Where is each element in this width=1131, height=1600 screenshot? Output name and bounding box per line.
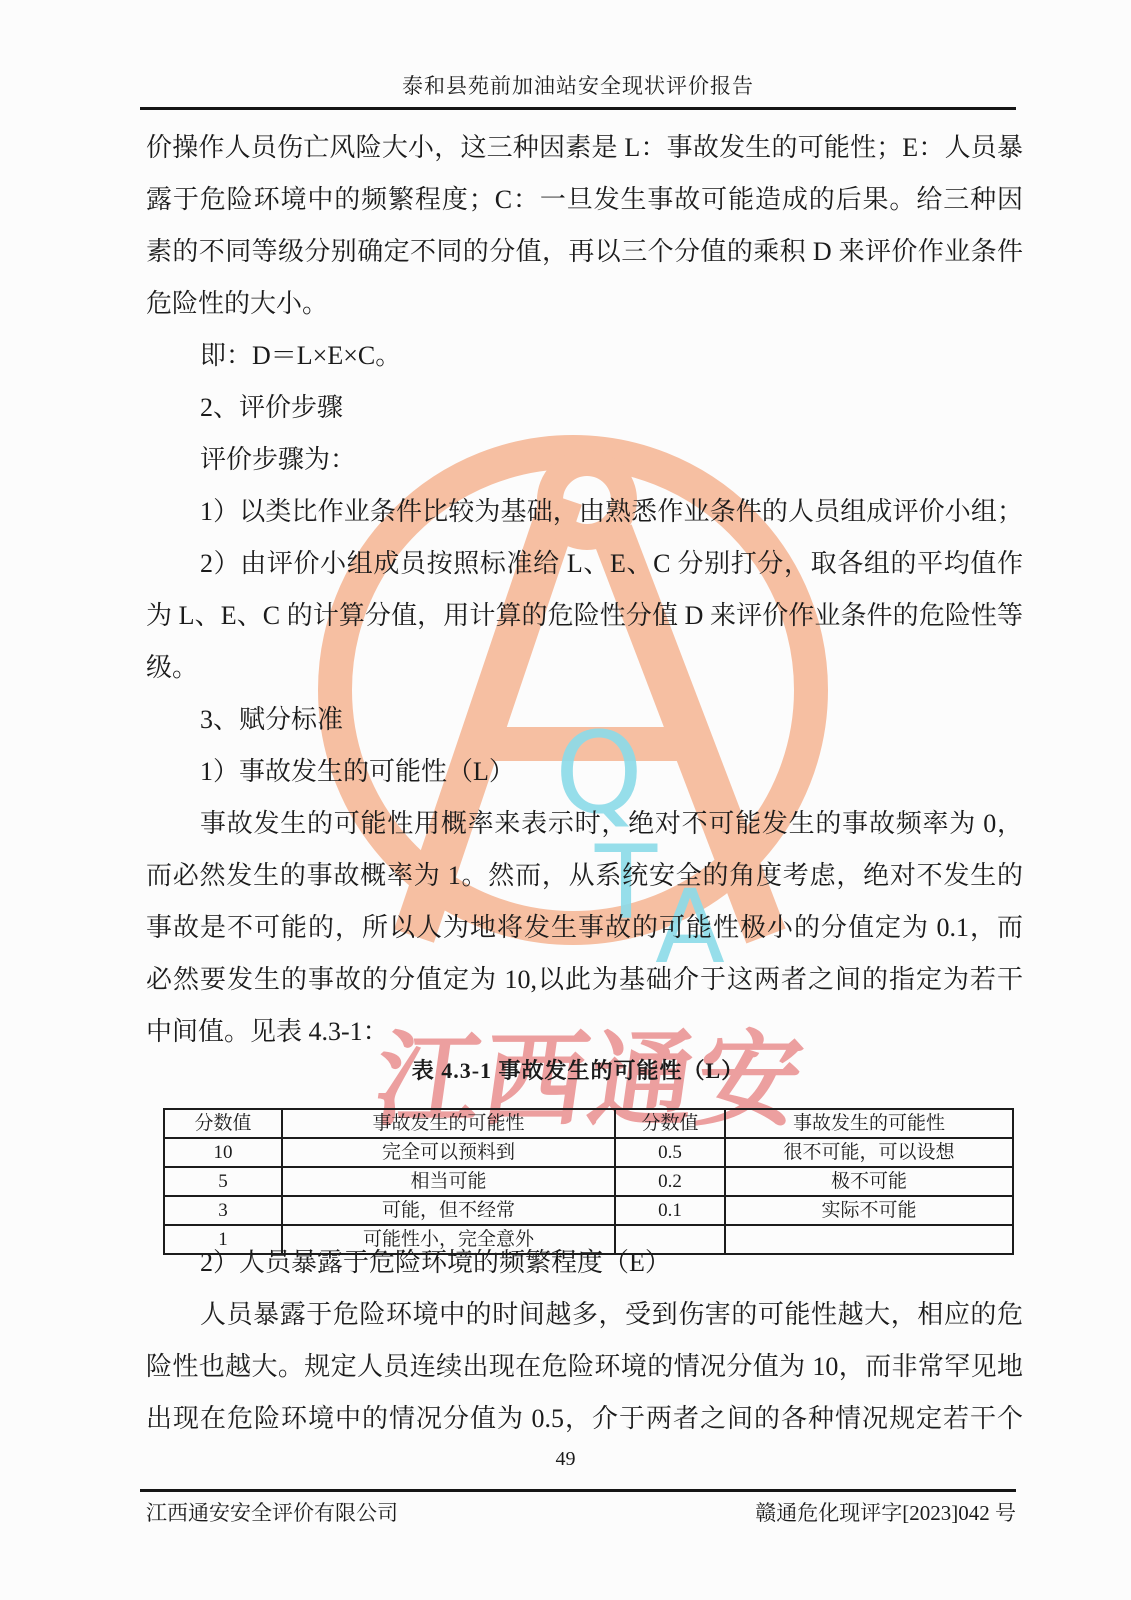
body-line-heading: 2）人员暴露于危险环境的频繁程度（E）: [146, 1237, 1023, 1289]
footer-rule: [140, 1489, 1016, 1492]
table-row: 10 完全可以预料到 0.5 很不可能，可以设想: [164, 1138, 1013, 1167]
table-cell: 3: [164, 1196, 282, 1225]
table-title: 表 4.3-1 事故发生的可能性（L）: [140, 1054, 1016, 1085]
table-cell: 5: [164, 1167, 282, 1196]
body-line: 事故发生的可能性用概率来表示时，绝对不可能发生的事故频率为 0，: [146, 798, 1023, 850]
page-header-title: 泰和县苑前加油站安全现状评价报告: [140, 70, 1016, 100]
body-line-heading: 2、评价步骤: [146, 382, 1023, 434]
table-cell: 完全可以预料到: [282, 1138, 615, 1167]
body-line: 出现在危险环境中的情况分值为 0.5，介于两者之间的各种情况规定若干个: [146, 1393, 1023, 1445]
body-line: 为 L、E、C 的计算分值，用计算的危险性分值 D 来评价作业条件的危险性等: [146, 590, 1023, 642]
body-line: 评价步骤为：: [146, 434, 1023, 486]
table-header-cell: 事故发生的可能性: [282, 1109, 615, 1138]
table-row: 3 可能，但不经常 0.1 实际不可能: [164, 1196, 1013, 1225]
body-line-heading: 3、赋分标准: [146, 694, 1023, 746]
page-number: 49: [0, 1448, 1131, 1471]
body-line: 险性也越大。规定人员连续出现在危险环境的情况分值为 10，而非常罕见地: [146, 1341, 1023, 1393]
table-cell: 实际不可能: [725, 1196, 1013, 1225]
body-text-block: 2）人员暴露于危险环境的频繁程度（E） 人员暴露于危险环境中的时间越多，受到伤害…: [146, 1237, 1023, 1445]
body-line: 人员暴露于危险环境中的时间越多，受到伤害的可能性越大，相应的危: [146, 1289, 1023, 1341]
body-line: 素的不同等级分别确定不同的分值，再以三个分值的乘积 D 来评价作业条件: [146, 226, 1023, 278]
table-header-cell: 事故发生的可能性: [725, 1109, 1013, 1138]
body-line: 中间值。见表 4.3-1：: [146, 1006, 1023, 1058]
footer-company-name: 江西通安安全评价有限公司: [146, 1497, 398, 1527]
table-header-row: 分数值 事故发生的可能性 分数值 事故发生的可能性: [164, 1109, 1013, 1138]
body-line: 级。: [146, 642, 1023, 694]
document-page: Q T A 江西通安 泰和县苑前加油站安全现状评价报告 价操作人员伤亡风险大小，…: [0, 0, 1131, 1600]
body-line-heading: 1）事故发生的可能性（L）: [146, 746, 1023, 798]
body-line: 危险性的大小。: [146, 278, 1023, 330]
table-cell: 可能，但不经常: [282, 1196, 615, 1225]
body-text-block: 价操作人员伤亡风险大小，这三种因素是 L：事故发生的可能性；E：人员暴 露于危险…: [146, 122, 1023, 1058]
body-line: 1）以类比作业条件比较为基础，由熟悉作业条件的人员组成评价小组；: [146, 486, 1023, 538]
table-cell: 相当可能: [282, 1167, 615, 1196]
body-line: 事故是不可能的，所以人为地将发生事故的可能性极小的分值定为 0.1，而: [146, 902, 1023, 954]
table-row: 5 相当可能 0.2 极不可能: [164, 1167, 1013, 1196]
table-cell: 很不可能，可以设想: [725, 1138, 1013, 1167]
table-cell: 0.5: [615, 1138, 725, 1167]
table-cell: 极不可能: [725, 1167, 1013, 1196]
body-line-formula: 即：D＝L×E×C。: [146, 330, 1023, 382]
footer-row: 江西通安安全评价有限公司 赣通危化现评字[2023]042 号: [146, 1497, 1016, 1527]
table-cell: 10: [164, 1138, 282, 1167]
body-line: 价操作人员伤亡风险大小，这三种因素是 L：事故发生的可能性；E：人员暴: [146, 122, 1023, 174]
table-header-cell: 分数值: [164, 1109, 282, 1138]
body-line: 2）由评价小组成员按照标准给 L、E、C 分别打分，取各组的平均值作: [146, 538, 1023, 590]
body-line: 露于危险环境中的频繁程度；C：一旦发生事故可能造成的后果。给三种因: [146, 174, 1023, 226]
table-header-cell: 分数值: [615, 1109, 725, 1138]
content-layer: 泰和县苑前加油站安全现状评价报告 价操作人员伤亡风险大小，这三种因素是 L：事故…: [0, 0, 1131, 1600]
body-line: 必然要发生的事故的分值定为 10,以此为基础介于这两者之间的指定为若干: [146, 954, 1023, 1006]
body-line: 而必然发生的事故概率为 1。然而，从系统安全的角度考虑，绝对不发生的: [146, 850, 1023, 902]
table-cell: 0.2: [615, 1167, 725, 1196]
footer-document-number: 赣通危化现评字[2023]042 号: [755, 1497, 1016, 1527]
table-cell: 0.1: [615, 1196, 725, 1225]
probability-score-table: 分数值 事故发生的可能性 分数值 事故发生的可能性 10 完全可以预料到 0.5…: [163, 1108, 1014, 1255]
header-rule: [140, 107, 1016, 110]
